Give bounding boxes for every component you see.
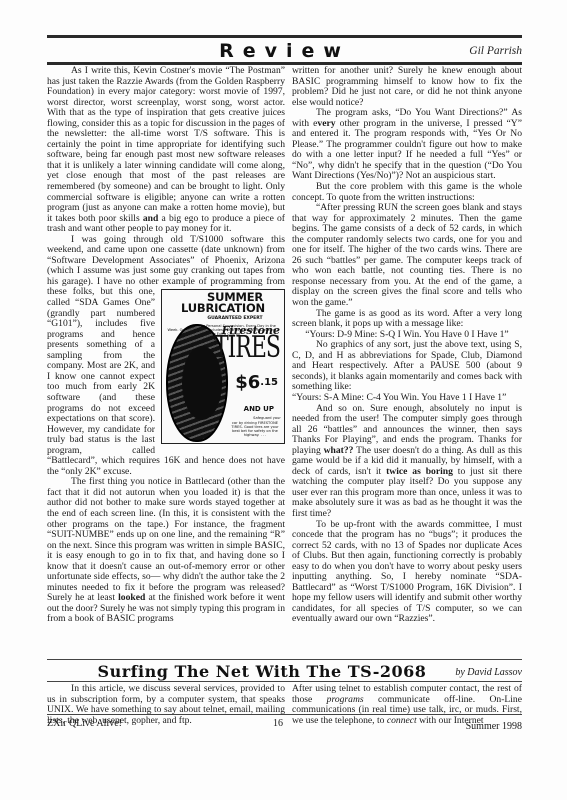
ad-headline: SUMMER LUBRICATION bbox=[162, 292, 284, 313]
section-author: Gil Parrish bbox=[469, 45, 522, 57]
section-title: Review bbox=[47, 40, 522, 62]
ad-subheadline: GUARANTEED EXPERT bbox=[162, 314, 284, 325]
ad-price-suffix: AND UP bbox=[220, 404, 274, 415]
newsletter-page: Review Gil Parrish As I write this, Kevi… bbox=[47, 0, 522, 800]
paragraph: But the core problem with this game is t… bbox=[292, 182, 522, 203]
price-dollars: $6 bbox=[235, 372, 260, 393]
issue-date: Summer 1998 bbox=[466, 721, 522, 732]
article-author: by David Lassov bbox=[455, 667, 522, 678]
paragraph: To be up-front with the awards committee… bbox=[292, 520, 522, 625]
article-title: Surfing The Net With The TS-2068 bbox=[47, 662, 477, 681]
paragraph: And so on. Sure enough, absolutely no in… bbox=[292, 404, 522, 520]
emphasis-text: and bbox=[143, 213, 158, 224]
ad-product: TIRES bbox=[190, 342, 280, 356]
page-number: 16 bbox=[273, 718, 283, 729]
emphasis-text: twice as boring bbox=[386, 466, 453, 477]
paragraph: The first thing you notice in Battlecard… bbox=[47, 477, 285, 625]
article-right-column: After using telnet to establish computer… bbox=[292, 684, 522, 726]
emphasis-text: what?? bbox=[324, 445, 354, 456]
emphasis-text: very bbox=[317, 118, 335, 129]
publication-name: ZXir QLive Alive! bbox=[47, 718, 122, 729]
emphasis-text: looked bbox=[118, 592, 145, 603]
paragraph: No graphics of any sort, just the above … bbox=[292, 340, 522, 393]
paragraph: After using telnet to establish computer… bbox=[292, 684, 522, 726]
header-top-rule bbox=[47, 35, 522, 38]
paragraph: The game is as good as its word. After a… bbox=[292, 309, 522, 330]
price-cents: .15 bbox=[260, 377, 278, 388]
paragraph: The program asks, “Do You Want Direction… bbox=[292, 108, 522, 182]
italic-text: connect bbox=[387, 715, 417, 726]
italic-text: programs bbox=[327, 694, 364, 705]
text-run: I was going through old T/S1000 software… bbox=[47, 234, 285, 287]
game-output-quote: “Yours: S-A Mine: C-4 You Win. You Have … bbox=[292, 393, 522, 404]
footer-rule bbox=[47, 714, 522, 715]
section2-top-rule bbox=[47, 659, 522, 660]
paragraph: written for another unit? Surely he knew… bbox=[292, 66, 522, 108]
paragraph-with-ad: I was going through old T/S1000 software… bbox=[47, 235, 285, 478]
review-right-column: written for another unit? Surely he knew… bbox=[292, 66, 522, 625]
review-left-column: As I write this, Kevin Costner's movie “… bbox=[47, 66, 285, 625]
section2-bottom-rule bbox=[47, 681, 522, 682]
ad-blurb: Safeguard your car by driving FIRESTONE … bbox=[229, 416, 281, 437]
ad-price: $6.15 bbox=[211, 378, 278, 389]
firestone-advertisement: SUMMER LUBRICATION GUARANTEED EXPERT Und… bbox=[161, 289, 285, 444]
paragraph: As I write this, Kevin Costner's movie “… bbox=[47, 66, 285, 235]
instructions-quote: “After pressing RUN the screen goes blan… bbox=[292, 203, 522, 308]
